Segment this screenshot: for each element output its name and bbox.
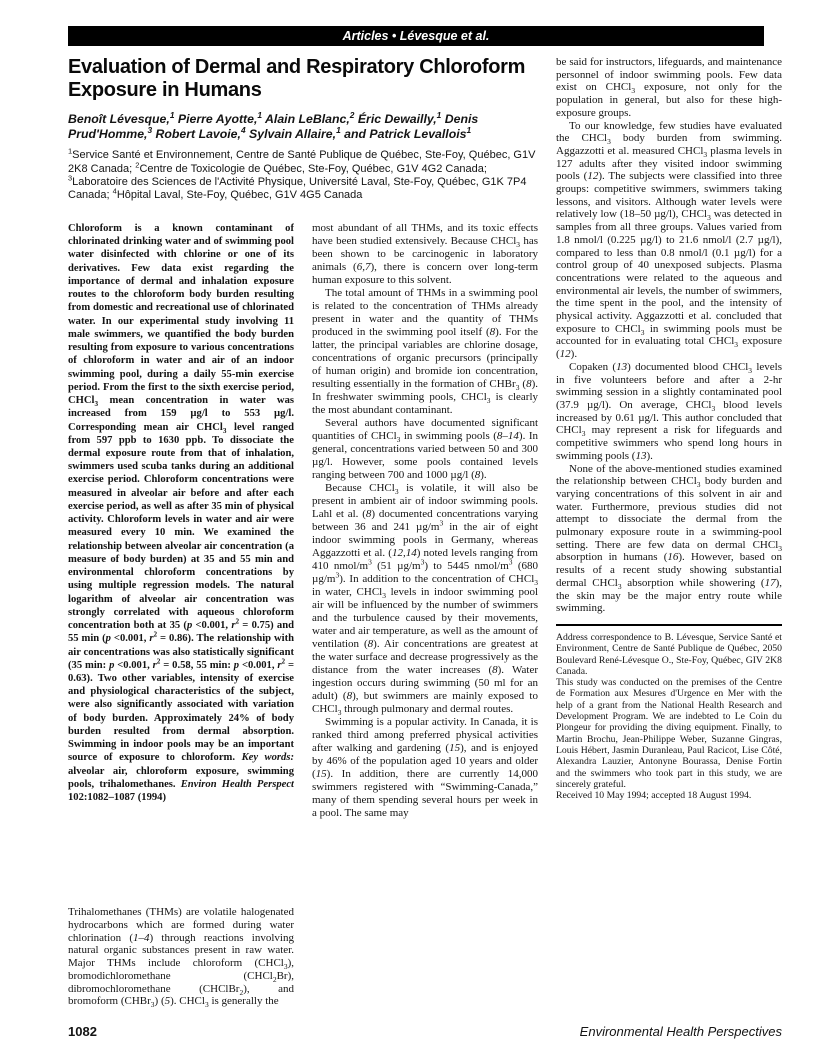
- page-number: 1082: [68, 1024, 97, 1039]
- body-paragraph: be said for instructors, lifeguards, and…: [556, 56, 782, 120]
- footnote-divider: [556, 624, 782, 626]
- body-paragraph: The total amount of THMs in a swimming p…: [312, 287, 538, 417]
- column-3: be said for instructors, lifeguards, and…: [556, 56, 782, 1008]
- body-paragraph: To our knowledge, few studies have evalu…: [556, 120, 782, 361]
- page-content: Evaluation of Dermal and Respiratory Chl…: [68, 56, 782, 1008]
- author-list: Benoît Lévesque,1 Pierre Ayotte,1 Alain …: [68, 112, 538, 142]
- title-block: Evaluation of Dermal and Respiratory Chl…: [68, 56, 538, 203]
- received-dates-note: Received 10 May 1994; accepted 18 August…: [556, 790, 782, 801]
- body-paragraph: None of the above-mentioned studies exam…: [556, 463, 782, 615]
- abstract-paragraph: Chloroform is a known contaminant of chl…: [68, 222, 294, 804]
- body-paragraph: Because CHCl3 is volatile, it will also …: [312, 482, 538, 716]
- header-bar-text: Articles • Lévesque et al.: [343, 29, 490, 43]
- article-title: Evaluation of Dermal and Respiratory Chl…: [68, 56, 538, 101]
- body-paragraph: Several authors have documented signific…: [312, 417, 538, 482]
- body-paragraph: most abundant of all THMs, and its toxic…: [312, 222, 538, 287]
- correspondence-note: Address correspondence to B. Lévesque, S…: [556, 632, 782, 677]
- affiliations: 1Service Santé et Environnement, Centre …: [68, 149, 538, 203]
- intro-paragraph: Trihalomethanes (THMs) are volatile halo…: [68, 906, 294, 1008]
- body-paragraph: Copaken (13) documented blood CHCl3 leve…: [556, 361, 782, 463]
- journal-name: Environmental Health Perspectives: [580, 1024, 782, 1039]
- acknowledgments-note: This study was conducted on the premises…: [556, 677, 782, 790]
- page-footer: 1082 Environmental Health Perspectives: [68, 1024, 782, 1039]
- body-paragraph: Swimming is a popular activity. In Canad…: [312, 716, 538, 820]
- article-header-bar: Articles • Lévesque et al.: [68, 26, 764, 46]
